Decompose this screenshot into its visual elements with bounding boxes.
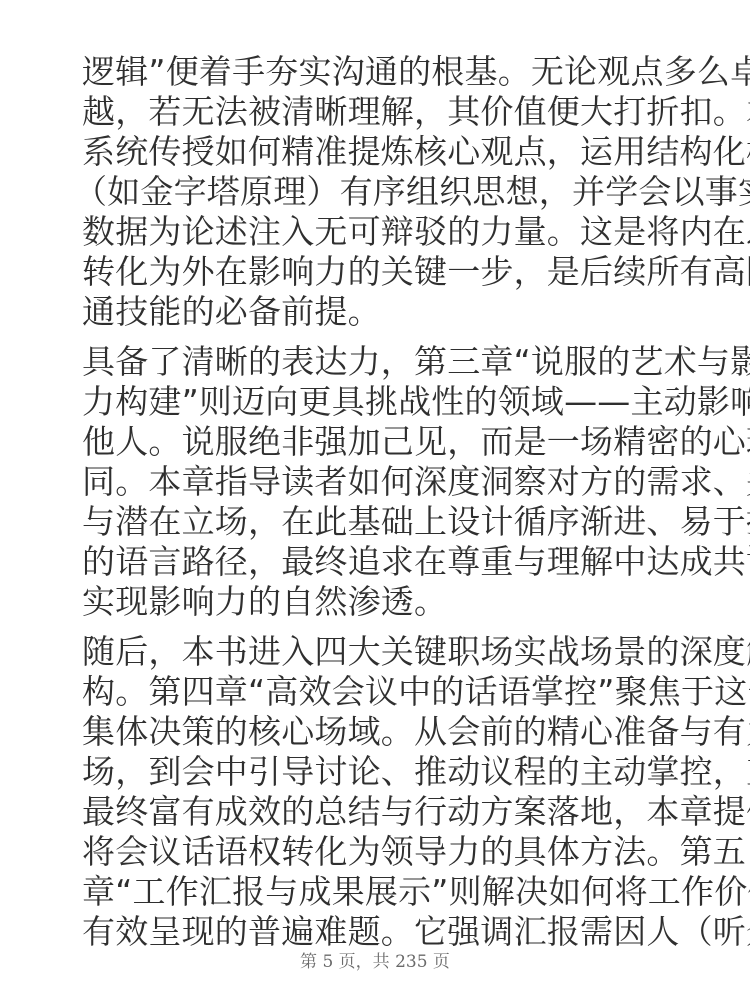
text-line: 逻辑”便着手夯实沟通的根基。无论观点多么卓 xyxy=(82,52,682,92)
text-line: 章“工作汇报与成果展示”则解决如何将工作价值 xyxy=(82,872,682,912)
text-line: 数据为论述注入无可辩驳的力量。这是将内在思维 xyxy=(82,212,682,252)
text-line: 转化为外在影响力的关键一步，是后续所有高阶沟 xyxy=(82,252,682,292)
text-line: 系统传授如何精准提炼核心观点，运用结构化框架 xyxy=(82,132,682,172)
text-line: 最终富有成效的总结与行动方案落地，本章提供了 xyxy=(82,792,682,832)
text-line: 构。第四章“高效会议中的话语掌控”聚焦于这一 xyxy=(82,672,682,712)
text-line: 同。本章指导读者如何深度洞察对方的需求、关切 xyxy=(82,462,682,502)
page-indicator: 第 5 页，共 235 页 xyxy=(0,950,750,974)
text-line: 具备了清晰的表达力，第三章“说服的艺术与影响 xyxy=(82,342,682,382)
text-line: 的语言路径，最终追求在尊重与理解中达成共识， xyxy=(82,542,682,582)
text-line: 与潜在立场，在此基础上设计循序渐进、易于接受 xyxy=(82,502,682,542)
text-line: 越，若无法被清晰理解，其价值便大打折扣。本章 xyxy=(82,92,682,132)
text-line: 将会议话语权转化为领导力的具体方法。第五 xyxy=(82,832,682,872)
text-line: 集体决策的核心场域。从会前的精心准备与有力开 xyxy=(82,712,682,752)
text-line: 他人。说服绝非强加己见，而是一场精密的心理协 xyxy=(82,422,682,462)
text-line: 随后，本书进入四大关键职场实战场景的深度解 xyxy=(82,632,682,672)
text-line: 场，到会中引导讨论、推动议程的主动掌控，直至 xyxy=(82,752,682,792)
paragraph-3: 随后，本书进入四大关键职场实战场景的深度解 构。第四章“高效会议中的话语掌控”聚… xyxy=(82,632,682,952)
text-line: 有效呈现的普遍难题。它强调汇报需因人（听众） xyxy=(82,912,682,952)
document-page: 逻辑”便着手夯实沟通的根基。无论观点多么卓 越，若无法被清晰理解，其价值便大打折… xyxy=(82,52,682,962)
paragraph-1: 逻辑”便着手夯实沟通的根基。无论观点多么卓 越，若无法被清晰理解，其价值便大打折… xyxy=(82,52,682,332)
text-line: 实现影响力的自然渗透。 xyxy=(82,582,682,622)
text-line: 力构建”则迈向更具挑战性的领域——主动影响 xyxy=(82,382,682,422)
text-line: （如金字塔原理）有序组织思想，并学会以事实与 xyxy=(74,172,682,212)
text-line: 通技能的必备前提。 xyxy=(82,292,682,332)
paragraph-2: 具备了清晰的表达力，第三章“说服的艺术与影响 力构建”则迈向更具挑战性的领域——… xyxy=(82,342,682,622)
